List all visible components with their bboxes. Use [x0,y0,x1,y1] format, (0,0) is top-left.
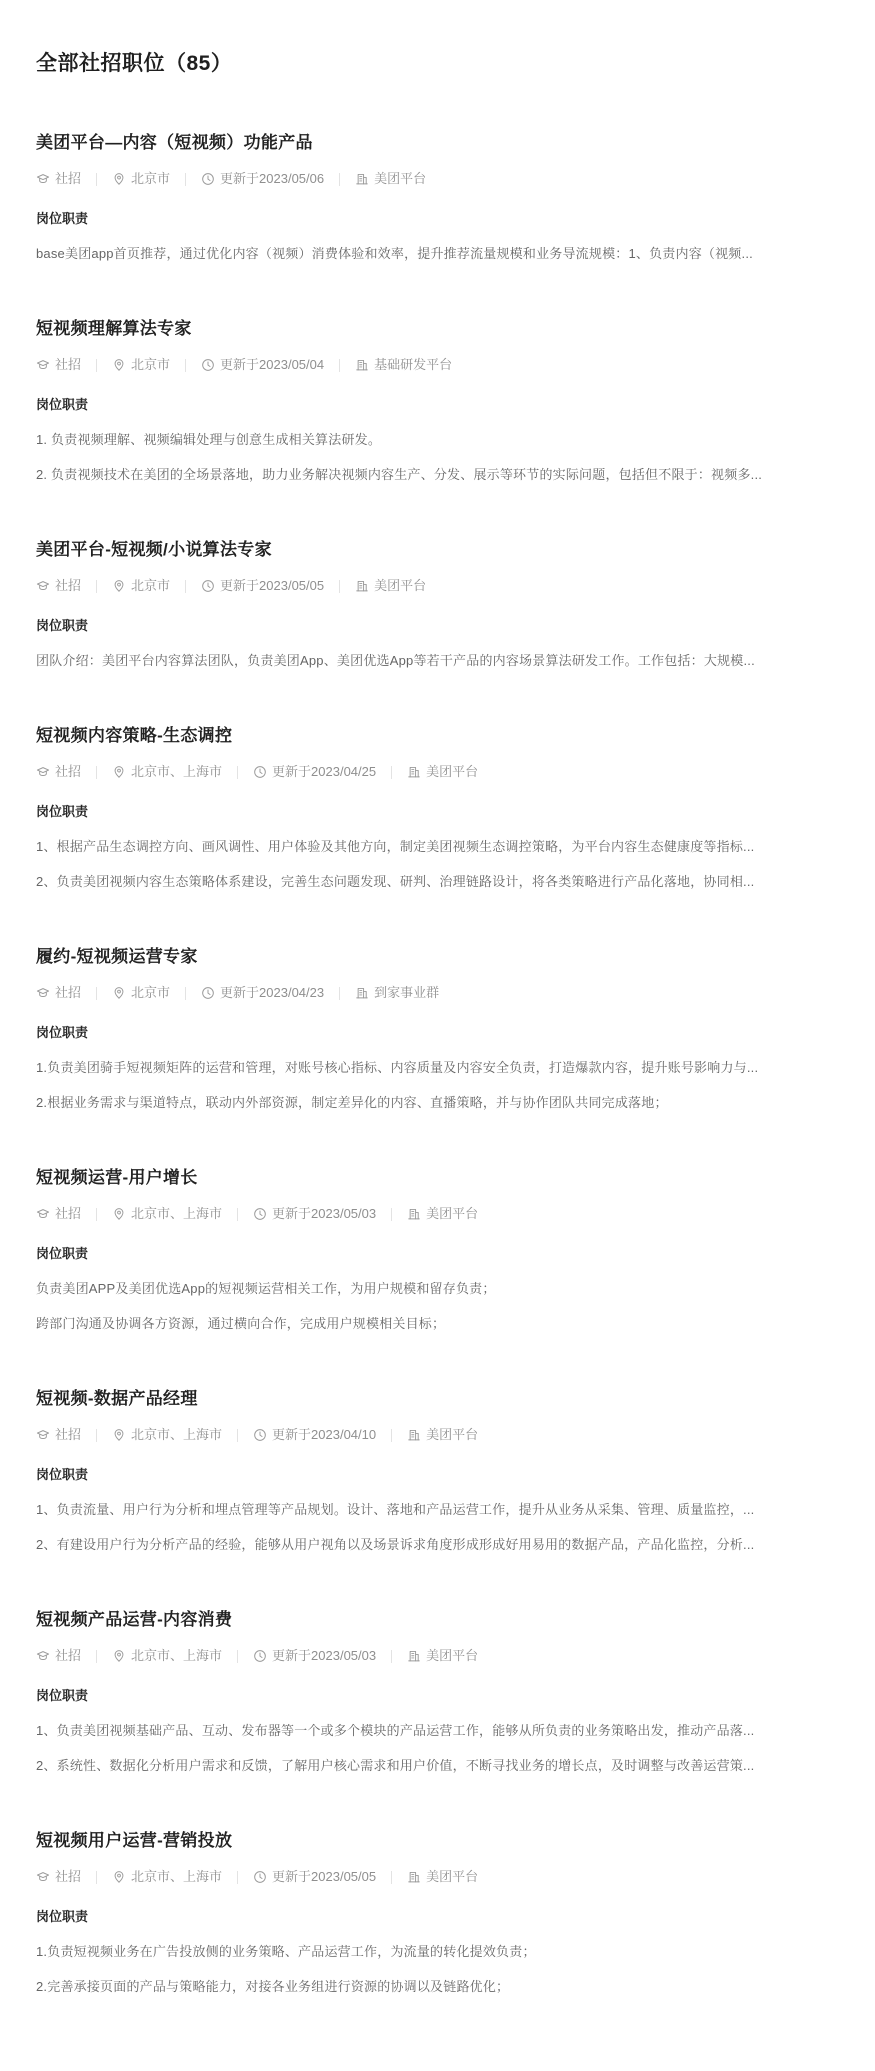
graduation-cap-icon [36,1649,50,1663]
meta-divider [339,987,340,1000]
job-updated: 更新于2023/05/03 [253,1647,376,1665]
duty-section-label: 岗位职责 [36,1245,845,1262]
clock-icon [253,1870,267,1884]
job-card: 履约-短视频运营专家 社招 北京市 [36,946,845,1111]
job-desc-line: 1、根据产品生态调控方向、画风调性、用户体验及其他方向，制定美团视频生态调控策略… [36,838,845,855]
desc-lines: base美团app首页推荐，通过优化内容（视频）消费体验和效率，提升推荐流量规模… [36,245,845,262]
job-desc-line: 1、负责流量、用户行为分析和埋点管理等产品规划。设计、落地和产品运营工作，提升从… [36,1501,845,1518]
job-updated: 更新于2023/05/04 [201,356,324,374]
job-updated-label: 更新于2023/05/05 [220,577,324,595]
desc-lines: 1. 负责视频理解、视频编辑处理与创意生成相关算法研发。2. 负责视频技术在美团… [36,431,845,483]
job-meta-row: 社招 北京市 更新于 [36,356,845,374]
job-type: 社招 [36,1426,81,1444]
job-desc-line: 1.负责短视频业务在广告投放侧的业务策略、产品运营工作，为流量的转化提效负责； [36,1943,845,1960]
graduation-cap-icon [36,765,50,779]
desc-lines: 1、根据产品生态调控方向、画风调性、用户体验及其他方向，制定美团视频生态调控策略… [36,838,845,890]
job-location: 北京市、上海市 [112,1868,222,1886]
job-type-label: 社招 [55,577,81,595]
meta-divider [96,1429,97,1442]
job-type: 社招 [36,763,81,781]
meta-divider [339,580,340,593]
job-department-label: 美团平台 [426,763,478,781]
job-desc-line: 2、系统性、数据化分析用户需求和反馈，了解用户核心需求和用户价值，不断寻找业务的… [36,1757,845,1774]
duty-section-label: 岗位职责 [36,1687,845,1704]
meta-divider [96,359,97,372]
duty-section-label: 岗位职责 [36,803,845,820]
job-type-label: 社招 [55,1647,81,1665]
meta-divider [391,1208,392,1221]
duty-section-label: 岗位职责 [36,396,845,413]
clock-icon [201,579,215,593]
location-pin-icon [112,765,126,779]
job-type: 社招 [36,1647,81,1665]
job-department: 美团平台 [407,1426,478,1444]
job-updated-label: 更新于2023/04/23 [220,984,324,1002]
job-desc-line: 1、负责美团视频基础产品、互动、发布器等一个或多个模块的产品运营工作，能够从所负… [36,1722,845,1739]
job-location: 北京市 [112,984,170,1002]
job-location-label: 北京市、上海市 [131,1868,222,1886]
job-department-label: 美团平台 [426,1868,478,1886]
page-title: 全部社招职位（85） [36,50,845,78]
job-meta-row: 社招 北京市、上海市 [36,763,845,781]
job-card: 短视频内容策略-生态调控 社招 北京市 [36,725,845,890]
meta-divider [237,1429,238,1442]
graduation-cap-icon [36,986,50,1000]
job-updated: 更新于2023/05/05 [253,1868,376,1886]
job-department-label: 美团平台 [374,577,426,595]
location-pin-icon [112,358,126,372]
job-list: 美团平台—内容（短视频）功能产品 社招 [36,132,845,1995]
clock-icon [201,986,215,1000]
job-desc-line: 2、有建设用户行为分析产品的经验，能够从用户视角以及场景诉求角度形成形成好用易用… [36,1536,845,1553]
building-icon [407,1649,421,1663]
duty-section-label: 岗位职责 [36,1466,845,1483]
graduation-cap-icon [36,358,50,372]
job-meta-row: 社招 北京市、上海市 [36,1426,845,1444]
job-desc-line: 1. 负责视频理解、视频编辑处理与创意生成相关算法研发。 [36,431,845,448]
location-pin-icon [112,1207,126,1221]
job-type-label: 社招 [55,1426,81,1444]
meta-divider [96,766,97,779]
graduation-cap-icon [36,172,50,186]
location-pin-icon [112,1649,126,1663]
job-updated: 更新于2023/04/25 [253,763,376,781]
meta-divider [96,1871,97,1884]
job-title-link[interactable]: 短视频内容策略-生态调控 [36,725,232,747]
job-updated-label: 更新于2023/04/25 [272,763,376,781]
building-icon [355,579,369,593]
job-desc-line: 2.完善承接页面的产品与策略能力，对接各业务组进行资源的协调以及链路优化； [36,1978,845,1995]
job-location: 北京市 [112,356,170,374]
job-department: 到家事业群 [355,984,439,1002]
job-location-label: 北京市 [131,170,170,188]
graduation-cap-icon [36,1870,50,1884]
job-updated: 更新于2023/05/03 [253,1205,376,1223]
meta-divider [96,1650,97,1663]
job-location-label: 北京市、上海市 [131,1205,222,1223]
job-meta-row: 社招 北京市 更新于 [36,170,845,188]
duty-section-label: 岗位职责 [36,210,845,227]
clock-icon [253,1207,267,1221]
job-type: 社招 [36,984,81,1002]
job-location-label: 北京市、上海市 [131,1426,222,1444]
job-type: 社招 [36,1868,81,1886]
job-title-link[interactable]: 履约-短视频运营专家 [36,946,198,968]
location-pin-icon [112,579,126,593]
job-updated: 更新于2023/05/05 [201,577,324,595]
job-department-label: 美团平台 [426,1647,478,1665]
job-updated: 更新于2023/04/23 [201,984,324,1002]
building-icon [355,358,369,372]
job-department: 美团平台 [407,1205,478,1223]
job-department: 美团平台 [355,577,426,595]
building-icon [407,765,421,779]
job-meta-row: 社招 北京市、上海市 [36,1868,845,1886]
building-icon [407,1870,421,1884]
job-department-label: 美团平台 [426,1205,478,1223]
clock-icon [201,172,215,186]
job-list-page: 全部社招职位（85） 美团平台—内容（短视频）功能产品 社招 [0,0,875,2071]
job-department-label: 基础研发平台 [374,356,452,374]
job-updated-label: 更新于2023/05/03 [272,1205,376,1223]
meta-divider [237,766,238,779]
meta-divider [339,173,340,186]
job-desc-line: 团队介绍：美团平台内容算法团队，负责美团App、美团优选App等若干产品的内容场… [36,652,845,669]
job-title-link[interactable]: 短视频运营-用户增长 [36,1167,198,1189]
job-desc-line: 1.负责美团骑手短视频矩阵的运营和管理，对账号核心指标、内容质量及内容安全负责，… [36,1059,845,1076]
job-department-label: 美团平台 [374,170,426,188]
desc-lines: 1、负责流量、用户行为分析和埋点管理等产品规划。设计、落地和产品运营工作，提升从… [36,1501,845,1553]
job-type: 社招 [36,170,81,188]
job-meta-row: 社招 北京市、上海市 [36,1647,845,1665]
job-desc-line: 2. 负责视频技术在美团的全场景落地，助力业务解决视频内容生产、分发、展示等环节… [36,466,845,483]
job-updated: 更新于2023/05/06 [201,170,324,188]
job-updated-label: 更新于2023/05/04 [220,356,324,374]
clock-icon [253,765,267,779]
job-department: 美团平台 [355,170,426,188]
meta-divider [391,766,392,779]
job-card: 短视频用户运营-营销投放 社招 北京市 [36,1830,845,1995]
job-department-label: 美团平台 [426,1426,478,1444]
meta-divider [96,580,97,593]
meta-divider [96,987,97,1000]
job-updated-label: 更新于2023/05/03 [272,1647,376,1665]
building-icon [407,1428,421,1442]
job-card: 短视频理解算法专家 社招 北京市 [36,318,845,483]
meta-divider [185,173,186,186]
duty-section-label: 岗位职责 [36,1908,845,1925]
job-location-label: 北京市、上海市 [131,763,222,781]
job-type-label: 社招 [55,984,81,1002]
graduation-cap-icon [36,1207,50,1221]
meta-divider [185,987,186,1000]
job-updated-label: 更新于2023/04/10 [272,1426,376,1444]
job-title-link[interactable]: 美团平台-短视频/小说算法专家 [36,539,272,561]
job-location-label: 北京市、上海市 [131,1647,222,1665]
job-department: 美团平台 [407,1868,478,1886]
meta-divider [237,1208,238,1221]
job-desc-line: 2、负责美团视频内容生态策略体系建设，完善生态问题发现、研判、治理链路设计，将各… [36,873,845,890]
job-location-label: 北京市 [131,356,170,374]
job-desc-line: 负责美团APP及美团优选App的短视频运营相关工作，为用户规模和留存负责； [36,1280,845,1297]
clock-icon [253,1428,267,1442]
job-title-link[interactable]: 短视频-数据产品经理 [36,1388,198,1410]
job-type-label: 社招 [55,1868,81,1886]
building-icon [407,1207,421,1221]
job-card: 美团平台—内容（短视频）功能产品 社招 [36,132,845,262]
location-pin-icon [112,172,126,186]
job-type-label: 社招 [55,170,81,188]
job-updated: 更新于2023/04/10 [253,1426,376,1444]
job-card: 短视频运营-用户增长 社招 北京市、上 [36,1167,845,1332]
clock-icon [253,1649,267,1663]
location-pin-icon [112,1428,126,1442]
meta-divider [237,1871,238,1884]
job-location: 北京市、上海市 [112,1647,222,1665]
clock-icon [201,358,215,372]
meta-divider [391,1429,392,1442]
job-title-link[interactable]: 短视频用户运营-营销投放 [36,1830,232,1852]
job-meta-row: 社招 北京市 更新于 [36,984,845,1002]
job-department: 美团平台 [407,1647,478,1665]
job-type-label: 社招 [55,356,81,374]
job-card: 短视频-数据产品经理 社招 北京市、上 [36,1388,845,1553]
job-location: 北京市、上海市 [112,1426,222,1444]
job-department: 基础研发平台 [355,356,452,374]
job-type: 社招 [36,577,81,595]
meta-divider [391,1650,392,1663]
job-desc-line: base美团app首页推荐，通过优化内容（视频）消费体验和效率，提升推荐流量规模… [36,245,845,262]
job-type-label: 社招 [55,763,81,781]
job-meta-row: 社招 北京市、上海市 [36,1205,845,1223]
job-card: 短视频产品运营-内容消费 社招 北京市 [36,1609,845,1774]
job-meta-row: 社招 北京市 更新于 [36,577,845,595]
duty-section-label: 岗位职责 [36,1024,845,1041]
desc-lines: 1.负责短视频业务在广告投放侧的业务策略、产品运营工作，为流量的转化提效负责；2… [36,1943,845,1995]
job-location: 北京市、上海市 [112,1205,222,1223]
job-title-link[interactable]: 美团平台—内容（短视频）功能产品 [36,132,313,154]
job-updated-label: 更新于2023/05/05 [272,1868,376,1886]
job-location-label: 北京市 [131,577,170,595]
building-icon [355,172,369,186]
meta-divider [96,173,97,186]
meta-divider [237,1650,238,1663]
job-type: 社招 [36,356,81,374]
job-title-link[interactable]: 短视频产品运营-内容消费 [36,1609,232,1631]
job-location: 北京市 [112,170,170,188]
meta-divider [339,359,340,372]
building-icon [355,986,369,1000]
meta-divider [185,580,186,593]
desc-lines: 1、负责美团视频基础产品、互动、发布器等一个或多个模块的产品运营工作，能够从所负… [36,1722,845,1774]
desc-lines: 团队介绍：美团平台内容算法团队，负责美团App、美团优选App等若干产品的内容场… [36,652,845,669]
meta-divider [391,1871,392,1884]
job-title-link[interactable]: 短视频理解算法专家 [36,318,192,340]
job-location: 北京市 [112,577,170,595]
duty-section-label: 岗位职责 [36,617,845,634]
graduation-cap-icon [36,579,50,593]
job-updated-label: 更新于2023/05/06 [220,170,324,188]
job-desc-line: 2.根据业务需求与渠道特点，联动内外部资源，制定差异化的内容、直播策略，并与协作… [36,1094,845,1111]
location-pin-icon [112,986,126,1000]
job-location-label: 北京市 [131,984,170,1002]
job-department: 美团平台 [407,763,478,781]
job-location: 北京市、上海市 [112,763,222,781]
meta-divider [96,1208,97,1221]
location-pin-icon [112,1870,126,1884]
meta-divider [185,359,186,372]
job-desc-line: 跨部门沟通及协调各方资源，通过横向合作，完成用户规模相关目标； [36,1315,845,1332]
job-card: 美团平台-短视频/小说算法专家 社招 [36,539,845,669]
desc-lines: 负责美团APP及美团优选App的短视频运营相关工作，为用户规模和留存负责；跨部门… [36,1280,845,1332]
job-type-label: 社招 [55,1205,81,1223]
graduation-cap-icon [36,1428,50,1442]
job-type: 社招 [36,1205,81,1223]
job-department-label: 到家事业群 [374,984,439,1002]
desc-lines: 1.负责美团骑手短视频矩阵的运营和管理，对账号核心指标、内容质量及内容安全负责，… [36,1059,845,1111]
